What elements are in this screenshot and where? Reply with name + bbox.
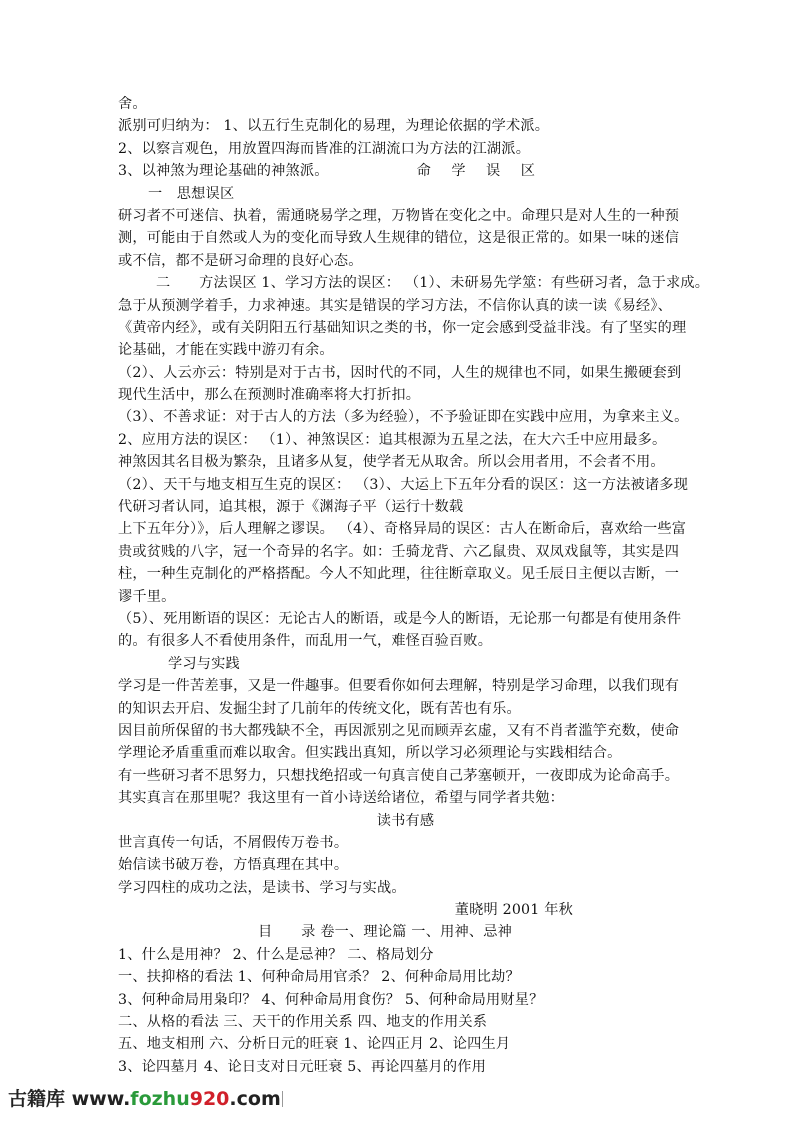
text-line: 因目前所保留的书大都残缺不全，再因派别之见而顾弄玄虚，又有不肖者滥竽充数，使命 [118,720,693,742]
text-line: 学理论矛盾重重而难以取舍。但实践出真知，所以学习必须理论与实践相结合。 [118,742,693,764]
toc-first-entry: 卷一、理论篇 一、用神、忌神 [316,924,512,940]
text-cursor-icon [282,1091,283,1107]
text-line: 派别可归纳为： 1、以五行生克制化的易理，为理论依据的学术派。 [118,115,693,137]
text-line: 《黄帝内经》，或有关阴阳五行基础知识之类的书，你一定会感到受益非浅。有了坚实的理 [118,317,693,339]
toc-label: 目 录 [258,924,316,940]
poem-line: 世言真传一句话，不屑假传万卷书。 [118,832,693,854]
text-line: （2）、人云亦云：特别是对于古书，因时代的不同，人生的规律也不同，如果生搬硬套到 [118,362,693,384]
text-line: 上下五年分）》，后人理解之谬误。 （4）、奇格异局的误区：古人在断命后，喜欢给一… [118,518,693,540]
text-line: 有一些研习者不思努力，只想找绝招或一句真言使自己茅塞顿开，一夜即成为论命高手。 [118,765,693,787]
poem-line: 始信读书破万卷，方悟真理在其中。 [118,854,693,876]
text-line: 研习者不可迷信、执着，需通晓易学之理，万物皆在变化之中。命理只是对人生的一种预 [118,205,693,227]
watermark-url-red: 920 [190,1088,230,1110]
text-line: 2、应用方法的误区： （1）、神煞误区：追其根源为五星之法，在大六壬中应用最多。 [118,429,693,451]
text-line: 神煞因其名目极为繁杂，且诸多从复，使学者无从取舍。所以会用者用，不会者不用。 [118,451,693,473]
text-line: 现代生活中，那么在预测时准确率将大打折扣。 [118,384,693,406]
text-line-with-heading: 二 方法误区 1、学习方法的误区： （1）、未研易先学筮：有些研习者，急于求成。 [118,272,693,294]
text-line: 贵或贫贱的八字，冠一个奇异的名字。如：壬骑龙背、六乙鼠贵、双凤戏鼠等，其实是四 [118,541,693,563]
text-line: 学习四柱的成功之法，是读书、学习与实战。 [118,877,693,899]
text-line: 的。有很多人不看使用条件，而乱用一气，难怪百验百败。 [118,630,693,652]
watermark-url-green: fozhu [130,1088,189,1110]
text-line: 测，可能由于自然或人为的变化而导致人生规律的错位，这是很正常的。如果一味的迷信 [118,227,693,249]
signature: 董晓明 2001 年秋 [118,899,693,921]
poem-title: 读书有感 [118,810,693,832]
text-line: 代研习者认同，追其根，源于《渊海子平（运行十数载 [118,496,693,518]
watermark-url-suffix: .com [229,1088,280,1110]
text-line: 学习是一件苦差事，又是一件趣事。但要看你如何去理解，特别是学习命理，以我们现有 [118,675,693,697]
toc-line: 一、扶抑格的看法 1、何种命局用官杀？ 2、何种命局用比劫？ [118,966,693,988]
text-line: 谬千里。 [118,586,693,608]
text-line: 柱，一种生克制化的严格搭配。今人不知此理，往往断章取义。见壬辰日主便以吉断，一 [118,563,693,585]
text-line: 急于从预测学着手，力求神速。其实是错误的学习方法，不信你认真的读一读《易经》、 [118,295,693,317]
text-line: 的知识去开启、发掘尘封了几前年的传统文化，既有苦也有乐。 [118,698,693,720]
text-span: 1、学习方法的误区： （1）、未研易先学筮：有些研习者，急于求成。 [257,275,709,291]
toc-line: 二、从格的看法 三、天干的作用关系 四、地支的作用关系 [118,1011,693,1033]
text-line: 舍。 [118,93,693,115]
text-line: 或不信，都不是研习命理的良好心态。 [118,250,693,272]
section-heading-sixiang-wuqu: 一 思想误区 [118,183,693,205]
toc-heading: 目 录 卷一、理论篇 一、用神、忌神 [118,921,693,943]
section-heading-mingxue-wuqu: 命 学 误 区 [417,163,543,179]
text-span: 3、以神煞为理论基础的神煞派。 [118,163,329,179]
watermark-url-prefix: www. [65,1088,130,1110]
section-heading-xuexi-shijian: 学习与实践 [118,653,693,675]
toc-line: 1、什么是用神？ 2、什么是忌神？ 二、格局划分 [118,944,693,966]
section-heading-fangfa-wuqu: 二 方法误区 [156,275,257,291]
toc-line: 3、何种命局用枭印？ 4、何种命局用食伤？ 5、何种命局用财星？ [118,989,693,1011]
text-line: （2）、天干与地支相互生克的误区： （3）、大运上下五年分看的误区：这一方法被诸… [118,474,693,496]
toc-line: 3、论四墓月 4、论日支对日元旺衰 5、再论四墓月的作用 [118,1056,693,1078]
text-line-with-heading: 3、以神煞为理论基础的神煞派。命 学 误 区 [118,160,693,182]
toc-line: 五、地支相刑 六、分析日元的旺衰 1、论四正月 2、论四生月 [118,1033,693,1055]
watermark-site-name: 古籍库 [8,1088,65,1110]
text-line: （3）、不善求证：对于古人的方法（多为经验），不予验证即在实践中应用，为拿来主义… [118,406,693,428]
text-line: 论基础，才能在实践中游刃有余。 [118,339,693,361]
text-line: 其实真言在那里呢？我这里有一首小诗送给诸位，希望与同学者共勉： [118,787,693,809]
text-line: （5）、死用断语的误区：无论古人的断语，或是今人的断语，无论那一句都是有使用条件 [118,608,693,630]
document-page: 舍。 派别可归纳为： 1、以五行生克制化的易理，为理论依据的学术派。 2、以察言… [118,93,693,1078]
text-line: 2、以察言观色，用放置四海而皆准的江湖流口为方法的江湖派。 [118,138,693,160]
site-watermark: 古籍库 www.fozhu920.com [8,1084,283,1111]
